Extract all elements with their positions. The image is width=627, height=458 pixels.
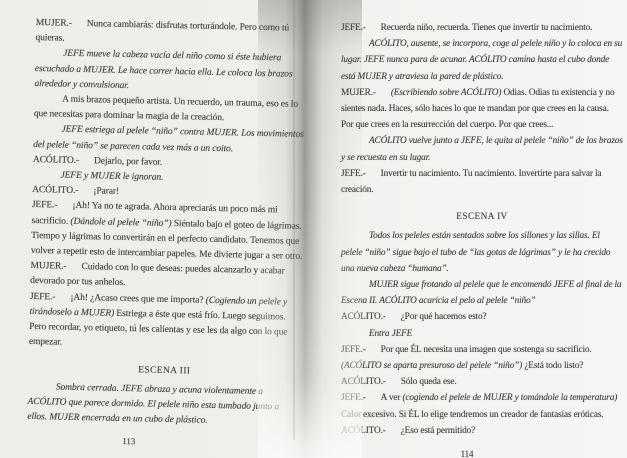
stage-direction-inline: ACÓLITO, ausente, se incorpora, coge al … bbox=[341, 39, 622, 81]
stage-direction-inline: MUJER sigue frotando al pelele que le en… bbox=[341, 280, 621, 306]
speaker-label: JEFE.- bbox=[341, 345, 366, 355]
stage-direction: Todos los peleles están sentados sobre l… bbox=[341, 228, 623, 277]
speech-text: Cuidado con lo que deseas: puedes alcanz… bbox=[30, 262, 285, 288]
dialogue-line: ACÓLITO.-¿Por qué hacemos esto? bbox=[341, 309, 623, 325]
speech-text: Invertir tu nacimiento. Tu nacimiento. I… bbox=[341, 169, 601, 195]
speech-text: Recuerda niño, recuerda. Tienes que inve… bbox=[381, 23, 593, 33]
dialogue-line: JEFE.-Invertir tu nacimiento. Tu nacimie… bbox=[341, 166, 623, 198]
speech-text: Nunca cambiarás: disfrutas torturándole.… bbox=[35, 19, 289, 44]
stage-direction-inline: JEFE mueve la cabeza vacía del niño como… bbox=[34, 49, 292, 91]
stage-direction-inline: ACÓLITO vuelve junto a JEFE, le quita al… bbox=[341, 136, 623, 162]
speaker-label: ACÓLITO.- bbox=[341, 377, 386, 387]
speaker-label: JEFE.- bbox=[341, 393, 366, 403]
stage-direction-inline: (ACÓLITO se aparta presuroso del pelele … bbox=[341, 361, 522, 371]
speech-text: A ver bbox=[381, 393, 403, 403]
stage-direction: ACÓLITO vuelve junto a JEFE, le quita al… bbox=[341, 133, 623, 165]
stage-direction-inline: (cogiendo el pelele de MUJER y tomándole… bbox=[403, 393, 618, 403]
dialogue-line: ACÓLITO.-Sólo queda ese. bbox=[341, 374, 623, 390]
speech-text: A mis brazos pequeño artista. Un recuerd… bbox=[34, 95, 298, 124]
dialogue-line: MUJER.-(Escribiendo sobre ACÓLITO) Odias… bbox=[341, 85, 623, 134]
speech-text: ¿Eso está permitido? bbox=[401, 426, 475, 436]
stage-direction: Entra JEFE bbox=[341, 326, 623, 342]
speech-text: Dejarlo, por favor. bbox=[94, 156, 162, 167]
page-number-right: 114 bbox=[326, 446, 608, 458]
stage-direction-inline: Sombra cerrada. JEFE abraza y acuna viol… bbox=[27, 382, 279, 426]
speaker-label: JEFE.- bbox=[341, 23, 366, 33]
dialogue-line: ACÓLITO.-¿Eso está permitido? bbox=[341, 423, 623, 439]
stage-direction-inline: (Dándole al pelele “niño”) bbox=[70, 216, 171, 228]
speech-text: ¿Por qué hacemos esto? bbox=[401, 312, 487, 322]
speaker-label: MUJER.- bbox=[30, 261, 66, 272]
stage-direction: MUJER sigue frotando al pelele que le en… bbox=[341, 277, 623, 309]
stage-direction: JEFE mueve la cabeza vacía del niño como… bbox=[34, 46, 307, 98]
scanned-book-spread: MUJER.-Nunca cambiarás: disfrutas tortur… bbox=[0, 0, 627, 458]
stage-direction-inline: JEFE y MUJER le ignoran. bbox=[60, 171, 163, 183]
speech-text: Sólo queda ese. bbox=[401, 377, 457, 387]
stage-direction-inline: (Escribiendo sobre ACÓLITO) bbox=[391, 88, 501, 98]
speech-text: ¡Parar! bbox=[93, 187, 119, 198]
stage-direction-inline: Entra JEFE bbox=[369, 329, 412, 339]
dialogue-line: JEFE.-A ver (cogiendo el pelele de MUJER… bbox=[341, 390, 623, 422]
dialogue-line: JEFE.-¡Ah! Ya no te agrada. Ahora apreci… bbox=[31, 198, 304, 265]
speaker-label: JEFE.- bbox=[30, 292, 56, 303]
speaker-label: MUJER.- bbox=[36, 18, 72, 29]
speech-text: Calor excesivo. Si ÉL lo elige tendremos… bbox=[341, 410, 603, 420]
stage-direction: ACÓLITO, ausente, se incorpora, coge al … bbox=[341, 36, 623, 85]
left-page-text: MUJER.-Nunca cambiarás: disfrutas tortur… bbox=[27, 16, 308, 431]
speaker-label: MUJER.- bbox=[341, 88, 376, 98]
speaker-label: ACÓLITO.- bbox=[32, 185, 78, 196]
speaker-label: ACÓLITO.- bbox=[341, 426, 386, 436]
left-page: MUJER.-Nunca cambiarás: disfrutas tortur… bbox=[27, 16, 308, 453]
right-page: JEFE.-Recuerda niño, recuerda. Tienes qu… bbox=[341, 20, 623, 458]
stage-direction-inline: JEFE estriega al pelele “niño” contra MU… bbox=[33, 125, 304, 154]
dialogue-line: JEFE.-¡Ah! ¿Acaso crees que me importa? … bbox=[29, 290, 302, 357]
dialogue-line: JEFE.-Por que ÉL necesita una imagen que… bbox=[341, 342, 623, 374]
speech-text: ¿Está todo listo? bbox=[522, 361, 583, 371]
scene-heading: ESCENA IV bbox=[341, 209, 623, 225]
stage-direction-inline: Todos los peleles están sentados sobre l… bbox=[341, 231, 610, 273]
speaker-label: JEFE.- bbox=[341, 169, 366, 179]
page-number-left: 113 bbox=[0, 431, 265, 452]
speech-text: Por que ÉL necesita una imagen que soste… bbox=[381, 345, 592, 355]
speech-text: ¡Ah! ¿Acaso crees que me importa? bbox=[70, 292, 206, 305]
right-page-text: JEFE.-Recuerda niño, recuerda. Tienes qu… bbox=[341, 20, 623, 439]
dialogue-line: JEFE.-Recuerda niño, recuerda. Tienes qu… bbox=[341, 20, 623, 36]
speaker-label: ACÓLITO.- bbox=[341, 312, 386, 322]
speaker-label: ACÓLITO.- bbox=[33, 155, 79, 166]
stage-direction: Sombra cerrada. JEFE abraza y acuna viol… bbox=[27, 380, 300, 432]
scene-heading: ESCENA III bbox=[28, 361, 300, 382]
speaker-label: JEFE.- bbox=[32, 200, 58, 211]
